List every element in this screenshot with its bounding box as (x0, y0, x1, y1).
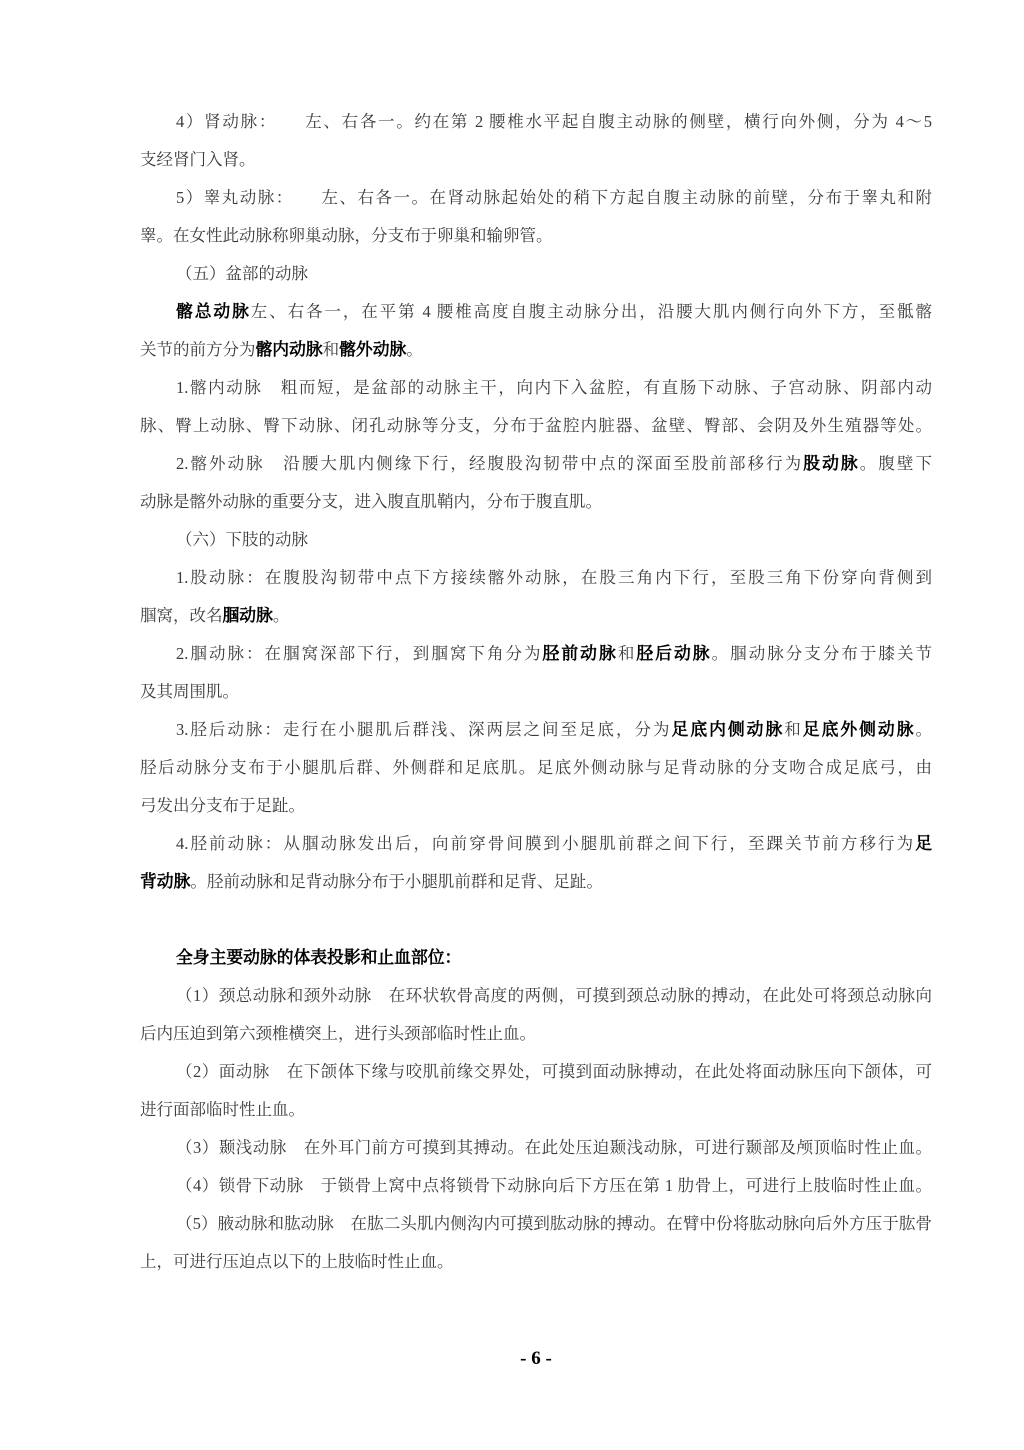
text-line: （1）颈总动脉和颈外动脉 在环状软骨高度的两侧，可摸到颈总动脉的搏动，在此处可将… (140, 977, 932, 1015)
bold-term: 足底外侧动脉 (803, 720, 916, 739)
text-line: 腘窝，改名腘动脉。 (140, 597, 932, 635)
text-line: 支经肾门入肾。 (140, 141, 932, 179)
text-segment: 2.髂外动脉 沿腰大肌内侧缘下行，经腹股沟韧带中点的深面至股前部移行为 (176, 454, 803, 473)
bold-term: 胫前动脉 (543, 644, 618, 663)
text-segment: 关节的前方分为 (140, 340, 256, 359)
text-segment: 和 (323, 340, 340, 359)
text-line: 1.髂内动脉 粗而短，是盆部的动脉主干，向内下入盆腔，有直肠下动脉、子宫动脉、阴… (140, 369, 932, 407)
text-segment: （5）腋动脉和肱动脉 在肱二头肌内侧沟内可摸到肱动脉的搏动。在臂中份将肱动脉向后… (176, 1214, 932, 1233)
text-segment: （1）颈总动脉和颈外动脉 在环状软骨高度的两侧，可摸到颈总动脉的搏动，在此处可将… (176, 986, 932, 1005)
text-line: 1.股动脉：在腹股沟韧带中点下方接续髂外动脉，在股三角内下行，至股三角下份穿向背… (140, 559, 932, 597)
text-line: 髂总动脉左、右各一，在平第 4 腰椎高度自腹主动脉分出，沿腰大肌内侧行向外下方，… (140, 293, 932, 331)
text-segment: 。腘动脉分支分布于膝关节 (712, 644, 932, 663)
bold-term: 足 (915, 834, 932, 853)
text-line: （五）盆部的动脉 (140, 255, 932, 293)
text-segment: 1.髂内动脉 粗而短，是盆部的动脉主干，向内下入盆腔，有直肠下动脉、子宫动脉、阴… (176, 378, 932, 397)
text-segment: 。 (406, 340, 423, 359)
text-segment: 1.股动脉：在腹股沟韧带中点下方接续髂外动脉，在股三角内下行，至股三角下份穿向背… (176, 568, 932, 587)
text-segment: 5）睾丸动脉： 左、右各一。在肾动脉起始处的稍下方起自腹主动脉的前壁，分布于睾丸… (176, 188, 932, 207)
text-segment: 3.胫后动脉：走行在小腿肌后群浅、深两层之间至足底，分为 (176, 720, 672, 739)
text-line: 2.腘动脉：在腘窝深部下行，到腘窝下角分为胫前动脉和胫后动脉。腘动脉分支分布于膝… (140, 635, 932, 673)
text-line: 3.胫后动脉：走行在小腿肌后群浅、深两层之间至足底，分为足底内侧动脉和足底外侧动… (140, 711, 932, 749)
text-line: 背动脉。胫前动脉和足背动脉分布于小腿肌前群和足背、足趾。 (140, 863, 932, 901)
text-segment: 。腹壁下 (860, 454, 932, 473)
bold-term: 背动脉 (140, 872, 190, 891)
text-segment: 和 (784, 720, 803, 739)
blank-line (140, 901, 932, 939)
text-segment: 脉、臀上动脉、臀下动脉、闭孔动脉等分支，分布于盆腔内脏器、盆壁、臀部、会阴及外生… (140, 416, 932, 435)
text-line: 睾。在女性此动脉称卵巢动脉，分支布于卵巢和输卵管。 (140, 217, 932, 255)
text-line: 进行面部临时性止血。 (140, 1091, 932, 1129)
text-segment: 。胫前动脉和足背动脉分布于小腿肌前群和足背、足趾。 (190, 872, 603, 891)
text-segment: （4）锁骨下动脉 于锁骨上窝中点将锁骨下动脉向后下方压在第 1 肋骨上，可进行上… (176, 1176, 932, 1195)
text-line: （4）锁骨下动脉 于锁骨上窝中点将锁骨下动脉向后下方压在第 1 肋骨上，可进行上… (140, 1167, 932, 1205)
text-line: （3）颞浅动脉 在外耳门前方可摸到其搏动。在此处压迫颞浅动脉，可进行颞部及颅顶临… (140, 1129, 932, 1167)
bold-term: 髂总动脉 (176, 302, 251, 321)
text-line: 全身主要动脉的体表投影和止血部位： (140, 939, 932, 977)
text-segment: 进行面部临时性止血。 (140, 1100, 305, 1119)
document-body: 4）肾动脉： 左、右各一。约在第 2 腰椎水平起自腹主动脉的侧壁，横行向外侧，分… (140, 103, 932, 1281)
text-line: 弓发出分支布于足趾。 (140, 787, 932, 825)
text-segment: 4.胫前动脉：从腘动脉发出后，向前穿骨间膜到小腿肌前群之间下行，至踝关节前方移行… (176, 834, 915, 853)
bold-term: 髂外动脉 (339, 340, 406, 359)
page-number: - 6 - (140, 1348, 932, 1370)
text-line: 关节的前方分为髂内动脉和髂外动脉。 (140, 331, 932, 369)
bold-term: 股动脉 (803, 454, 860, 473)
text-segment: 腘窝，改名 (140, 606, 223, 625)
text-segment: 后内压迫到第六颈椎横突上，进行头颈部临时性止血。 (140, 1024, 536, 1043)
bold-term: 全身主要动脉的体表投影和止血部位： (176, 948, 461, 967)
text-segment: （五）盆部的动脉 (176, 264, 308, 283)
text-line: （六）下肢的动脉 (140, 521, 932, 559)
text-line: 2.髂外动脉 沿腰大肌内侧缘下行，经腹股沟韧带中点的深面至股前部移行为股动脉。腹… (140, 445, 932, 483)
text-line: 5）睾丸动脉： 左、右各一。在肾动脉起始处的稍下方起自腹主动脉的前壁，分布于睾丸… (140, 179, 932, 217)
text-segment: 。 (273, 606, 290, 625)
document-page: 4）肾动脉： 左、右各一。约在第 2 腰椎水平起自腹主动脉的侧壁，横行向外侧，分… (0, 0, 1024, 1450)
text-line: 脉、臀上动脉、臀下动脉、闭孔动脉等分支，分布于盆腔内脏器、盆壁、臀部、会阴及外生… (140, 407, 932, 445)
bold-term: 足底内侧动脉 (672, 720, 785, 739)
text-segment: 支经肾门入肾。 (140, 150, 256, 169)
text-segment: 左、右各一，在平第 4 腰椎高度自腹主动脉分出，沿腰大肌内侧行向外下方，至骶髂 (251, 302, 932, 321)
bold-term: 腘动脉 (223, 606, 273, 625)
text-line: 及其周围肌。 (140, 673, 932, 711)
text-segment: 和 (618, 644, 637, 663)
text-segment: 上，可进行压迫点以下的上肢临时性止血。 (140, 1252, 454, 1271)
text-line: （5）腋动脉和肱动脉 在肱二头肌内侧沟内可摸到肱动脉的搏动。在臂中份将肱动脉向后… (140, 1205, 932, 1243)
bold-term: 胫后动脉 (636, 644, 711, 663)
text-line: 胫后动脉分支布于小腿肌后群、外侧群和足底肌。足底外侧动脉与足背动脉的分支吻合成足… (140, 749, 932, 787)
text-line: 动脉是髂外动脉的重要分支，进入腹直肌鞘内，分布于腹直肌。 (140, 483, 932, 521)
text-line: 上，可进行压迫点以下的上肢临时性止血。 (140, 1243, 932, 1281)
text-segment: （2）面动脉 在下颌体下缘与咬肌前缘交界处，可摸到面动脉搏动，在此处将面动脉压向… (176, 1062, 932, 1081)
text-segment: 动脉是髂外动脉的重要分支，进入腹直肌鞘内，分布于腹直肌。 (140, 492, 602, 511)
text-line: 4.胫前动脉：从腘动脉发出后，向前穿骨间膜到小腿肌前群之间下行，至踝关节前方移行… (140, 825, 932, 863)
text-segment: 睾。在女性此动脉称卵巢动脉，分支布于卵巢和输卵管。 (140, 226, 553, 245)
text-segment: 2.腘动脉：在腘窝深部下行，到腘窝下角分为 (176, 644, 543, 663)
text-segment: 胫后动脉分支布于小腿肌后群、外侧群和足底肌。足底外侧动脉与足背动脉的分支吻合成足… (140, 758, 932, 777)
text-segment: 弓发出分支布于足趾。 (140, 796, 305, 815)
text-segment: 。 (916, 720, 932, 739)
text-line: 4）肾动脉： 左、右各一。约在第 2 腰椎水平起自腹主动脉的侧壁，横行向外侧，分… (140, 103, 932, 141)
text-line: 后内压迫到第六颈椎横突上，进行头颈部临时性止血。 (140, 1015, 932, 1053)
bold-term: 髂内动脉 (256, 340, 323, 359)
text-segment: （3）颞浅动脉 在外耳门前方可摸到其搏动。在此处压迫颞浅动脉，可进行颞部及颅顶临… (176, 1138, 932, 1157)
text-line: （2）面动脉 在下颌体下缘与咬肌前缘交界处，可摸到面动脉搏动，在此处将面动脉压向… (140, 1053, 932, 1091)
text-segment: 及其周围肌。 (140, 682, 239, 701)
text-segment: 4）肾动脉： 左、右各一。约在第 2 腰椎水平起自腹主动脉的侧壁，横行向外侧，分… (176, 112, 932, 131)
text-segment: （六）下肢的动脉 (176, 530, 308, 549)
